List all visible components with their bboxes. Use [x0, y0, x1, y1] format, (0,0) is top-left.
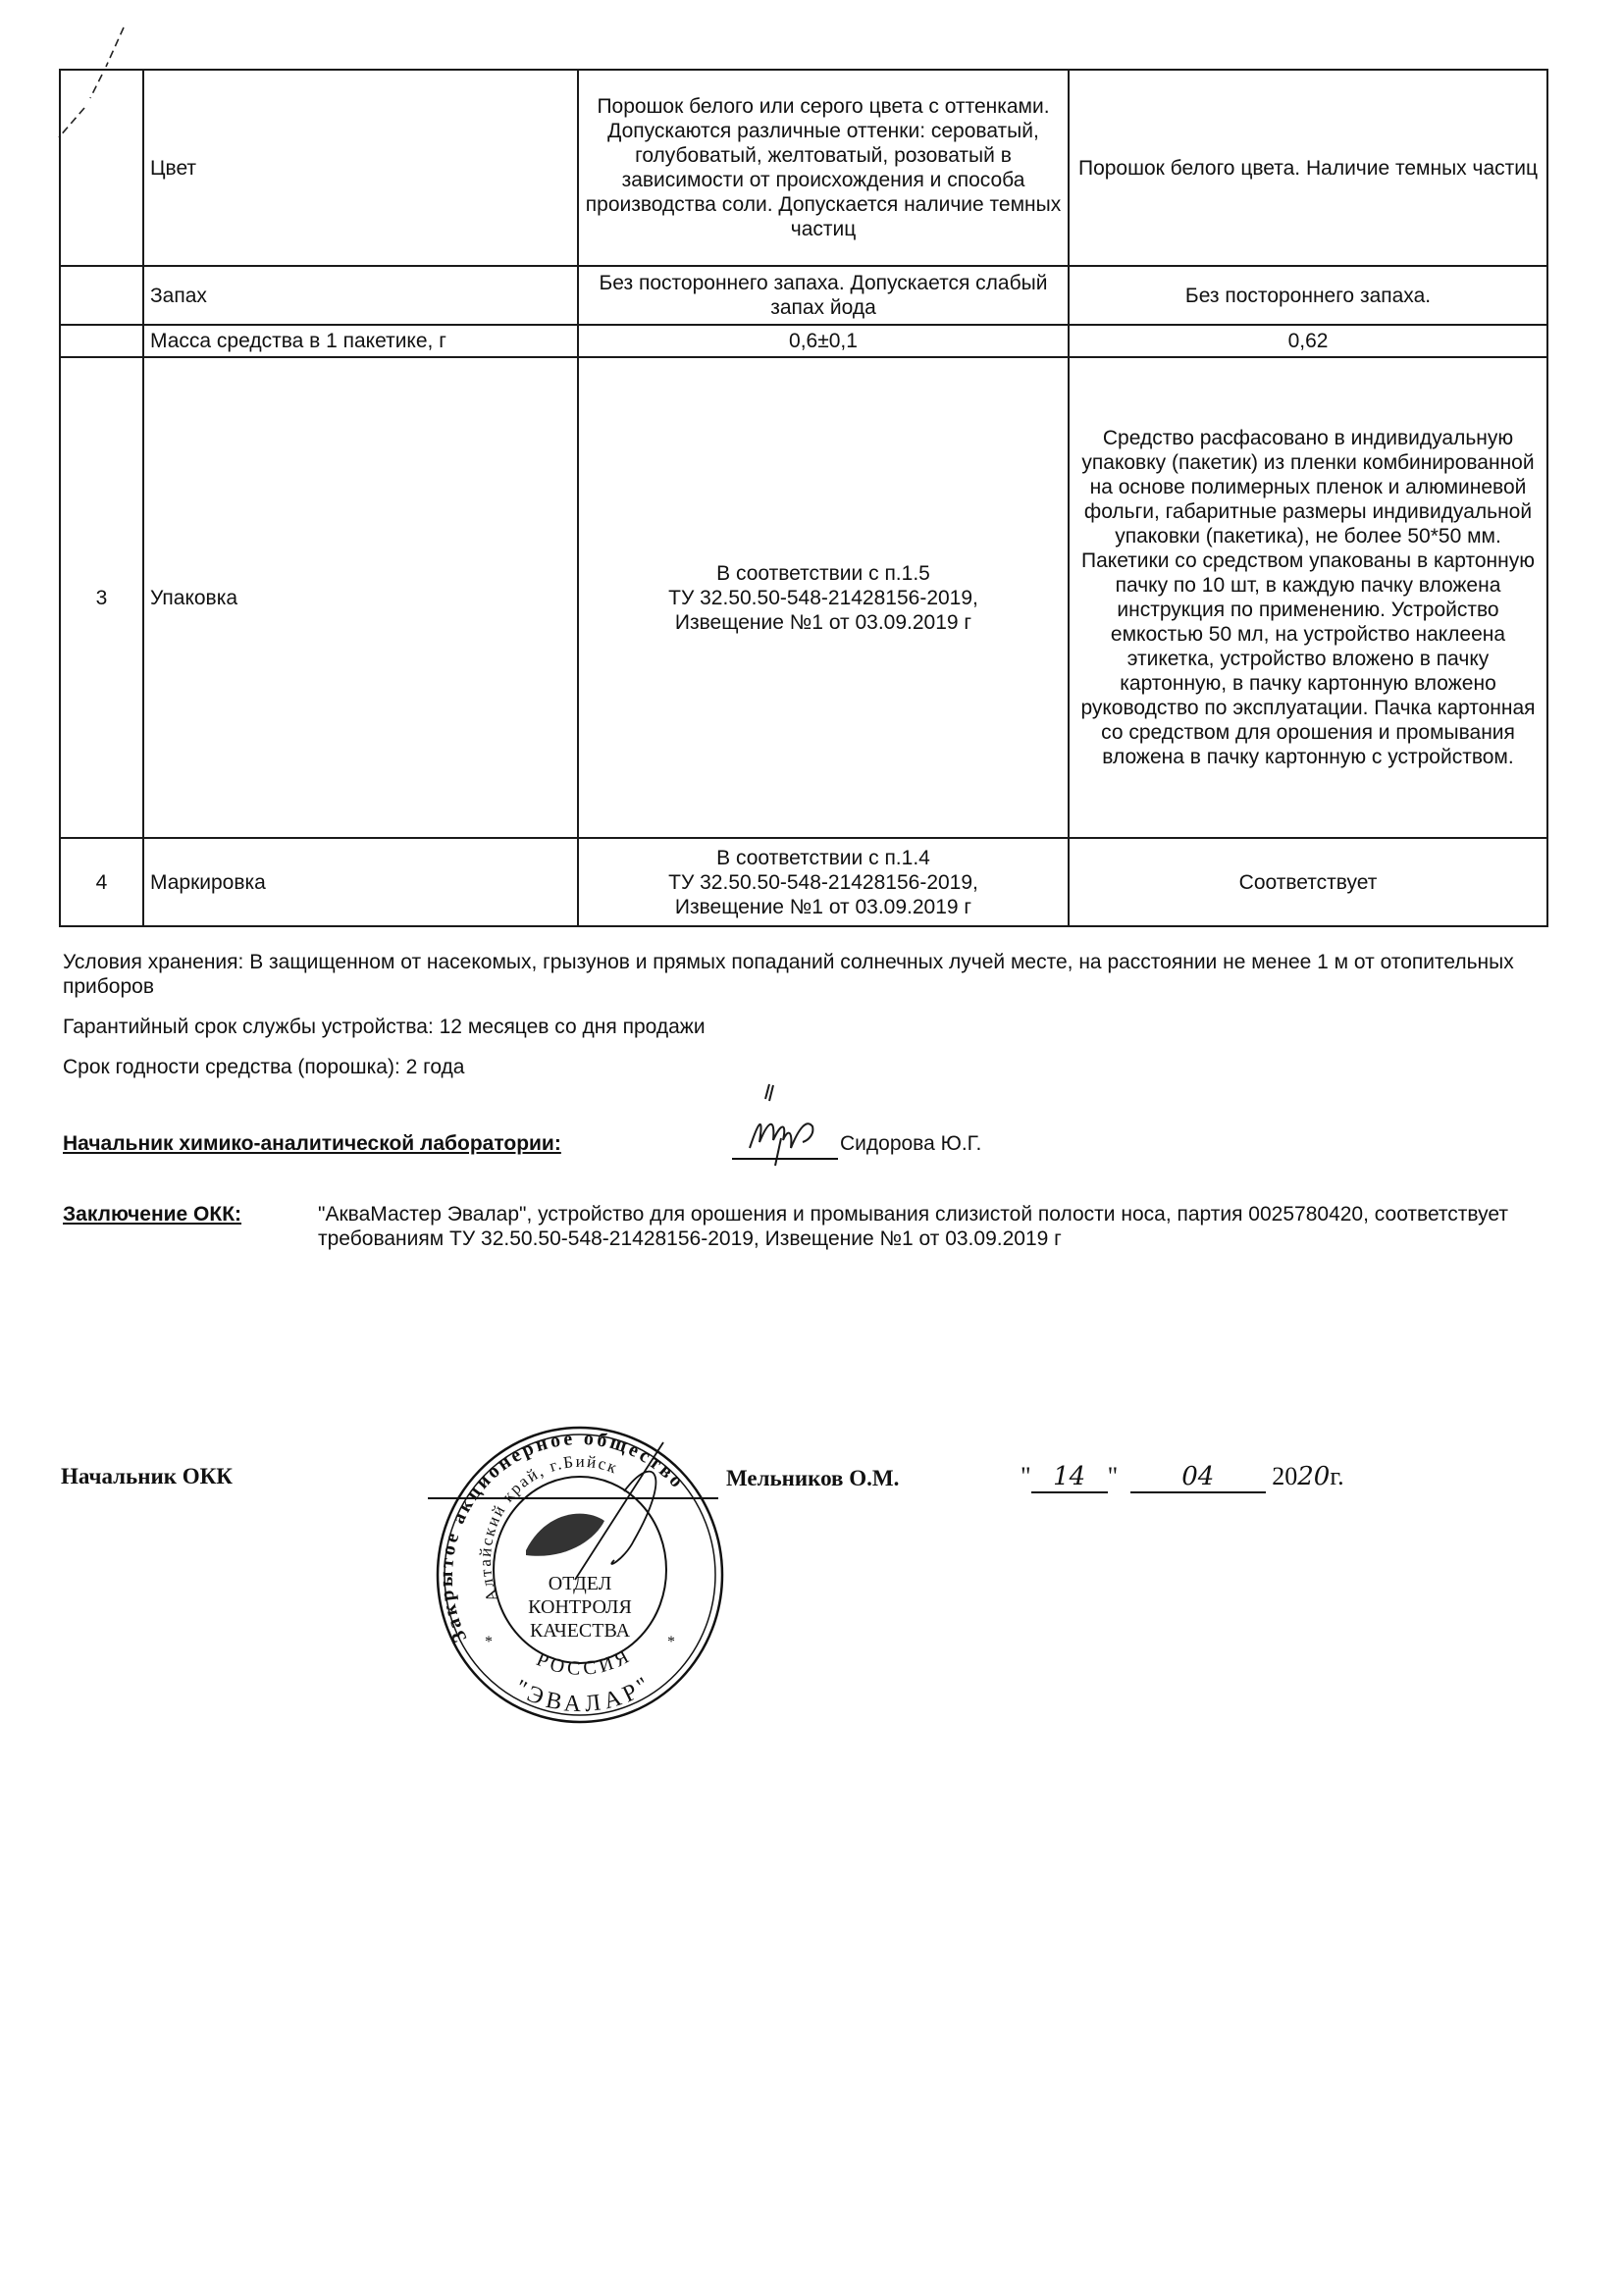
- conclusion-label: Заключение ОКК:: [63, 1202, 241, 1226]
- row-number: 3: [60, 357, 143, 838]
- result: Средство расфасовано в индивидуальную уп…: [1069, 357, 1547, 838]
- row-number: [60, 70, 143, 266]
- requirement: В соответствии с п.1.5 ТУ 32.50.50-548-2…: [578, 357, 1069, 838]
- requirement: Порошок белого или серого цвета с оттенк…: [578, 70, 1069, 266]
- signature-date: "14" 04 2020г.: [1021, 1462, 1344, 1493]
- table-row-smell: Запах Без постороннего запаха. Допускает…: [60, 266, 1547, 325]
- warranty-period: Гарантийный срок службы устройства: 12 м…: [63, 1015, 1554, 1039]
- requirement: Без постороннего запаха. Допускается сла…: [578, 266, 1069, 325]
- date-day: 14: [1031, 1462, 1108, 1493]
- conclusion-text: "АкваМастер Эвалар", устройство для орош…: [318, 1202, 1584, 1251]
- parameter-name: Маркировка: [143, 838, 578, 926]
- requirement: В соответствии с п.1.4 ТУ 32.50.50-548-2…: [578, 838, 1069, 926]
- result: Порошок белого цвета. Наличие темных час…: [1069, 70, 1547, 266]
- parameter-name: Запах: [143, 266, 578, 325]
- lab-head-title: Начальник химико-аналитической лаборатор…: [63, 1132, 561, 1156]
- table-row-marking: 4 Маркировка В соответствии с п.1.4 ТУ 3…: [60, 838, 1547, 926]
- shelf-life: Срок годности средства (порошка): 2 года: [63, 1055, 1554, 1079]
- svg-text:РОССИЯ: РОССИЯ: [533, 1644, 636, 1680]
- date-year-suffix: 20: [1297, 1462, 1330, 1491]
- date-year-prefix: 20: [1272, 1462, 1297, 1490]
- handwritten-signature-icon: [730, 1079, 858, 1168]
- qc-head-name: Мельников О.М.: [726, 1466, 899, 1491]
- parameter-name: Масса средства в 1 пакетике, г: [143, 325, 578, 357]
- lab-head-signature-block: Начальник химико-аналитической лаборатор…: [63, 1119, 1554, 1177]
- result: 0,62: [1069, 325, 1547, 357]
- date-month: 04: [1130, 1462, 1266, 1493]
- row-number: [60, 266, 143, 325]
- svg-text:КОНТРОЛЯ: КОНТРОЛЯ: [528, 1596, 632, 1618]
- result: Без постороннего запаха.: [1069, 266, 1547, 325]
- notes-section: Условия хранения: В защищенном от насеко…: [63, 950, 1554, 1095]
- row-number: [60, 325, 143, 357]
- quality-control-stamp-icon: Закрытое акционерное общество Алтайский …: [428, 1413, 732, 1727]
- qc-head-signature-block: Начальник ОКК Закрытое акционерное общес…: [0, 1374, 1623, 1727]
- row-number: 4: [60, 838, 143, 926]
- specification-table: Цвет Порошок белого или серого цвета с о…: [59, 69, 1548, 927]
- requirement: 0,6±0,1: [578, 325, 1069, 357]
- svg-text:КАЧЕСТВА: КАЧЕСТВА: [530, 1620, 631, 1642]
- parameter-name: Упаковка: [143, 357, 578, 838]
- svg-text:ОТДЕЛ: ОТДЕЛ: [549, 1573, 612, 1594]
- svg-text:*: *: [485, 1634, 493, 1650]
- table-row-mass: Масса средства в 1 пакетике, г 0,6±0,1 0…: [60, 325, 1547, 357]
- result: Соответствует: [1069, 838, 1547, 926]
- lab-head-name: Сидорова Ю.Г.: [840, 1132, 981, 1156]
- parameter-name: Цвет: [143, 70, 578, 266]
- svg-text:*: *: [667, 1634, 675, 1650]
- signature-line: [732, 1158, 838, 1160]
- storage-conditions: Условия хранения: В защищенном от насеко…: [63, 950, 1554, 999]
- qc-head-role: Начальник ОКК: [61, 1464, 233, 1489]
- table-row-color: Цвет Порошок белого или серого цвета с о…: [60, 70, 1547, 266]
- table-row-packaging: 3 Упаковка В соответствии с п.1.5 ТУ 32.…: [60, 357, 1547, 838]
